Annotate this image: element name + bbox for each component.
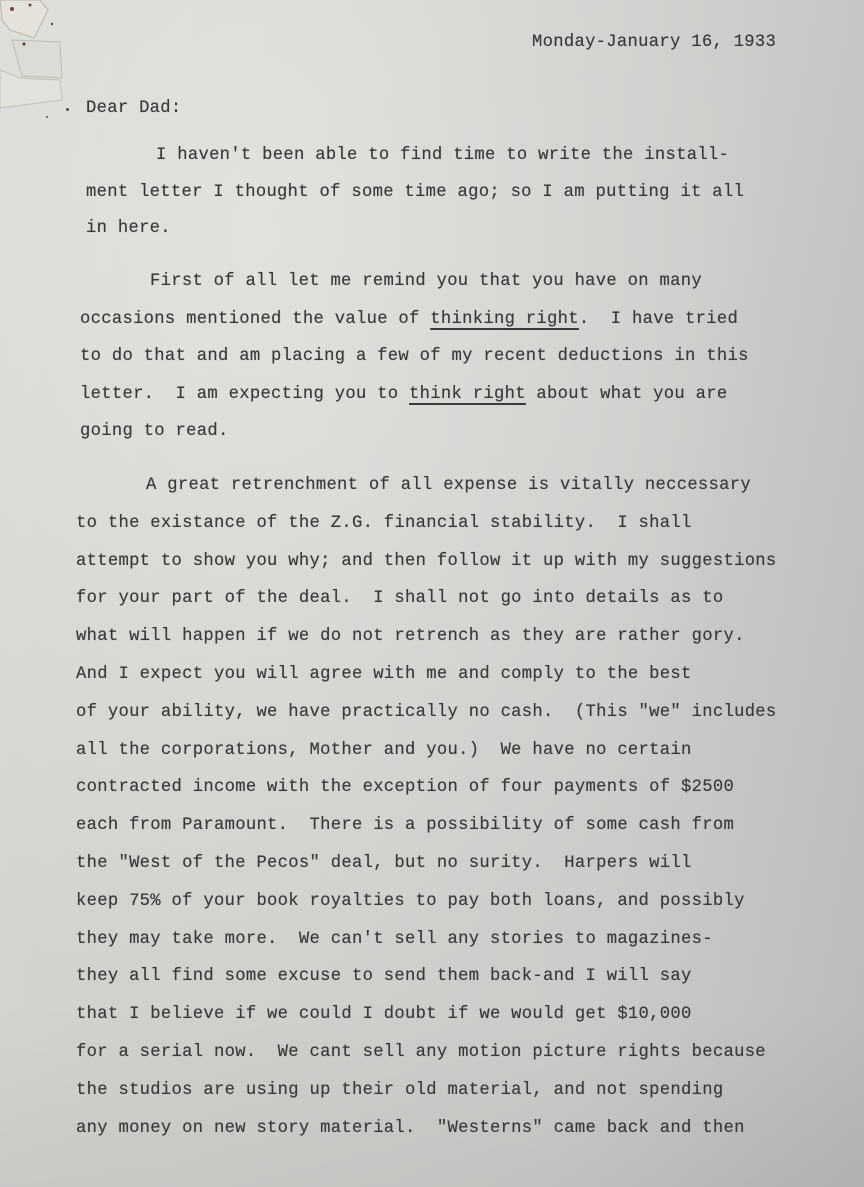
letter-line: ment letter I thought of some time ago; … — [86, 183, 744, 202]
letter-line: I haven't been able to find time to writ… — [156, 146, 729, 165]
letter-line: they all find some excuse to send them b… — [76, 967, 692, 986]
letter-line: First of all let me remind you that you … — [150, 272, 702, 291]
letter-line: letter. I am expecting you to think righ… — [80, 385, 727, 404]
letter-line: occasions mentioned the value of thinkin… — [80, 310, 738, 329]
letter-line: the "West of the Pecos" deal, but no sur… — [76, 854, 692, 873]
letter-line: for your part of the deal. I shall not g… — [76, 589, 723, 608]
letter-line: each from Paramount. There is a possibil… — [76, 816, 734, 835]
underlined-phrase: think right — [409, 385, 526, 404]
letter-line: of your ability, we have practically no … — [76, 703, 777, 722]
letter-salutation: Dear Dad: — [86, 99, 182, 118]
ink-speck — [66, 108, 69, 111]
torn-corner-tape — [0, 0, 64, 110]
letter-line: to do that and am placing a few of my re… — [80, 347, 749, 366]
letter-line: going to read. — [80, 422, 229, 441]
letter-line: they may take more. We can't sell any st… — [76, 930, 713, 949]
letter-page: Monday-January 16, 1933 Dear Dad: I have… — [0, 0, 864, 1187]
letter-line: A great retrenchment of all expense is v… — [146, 476, 751, 495]
letter-line: attempt to show you why; and then follow… — [76, 552, 777, 571]
letter-line: in here. — [86, 219, 171, 238]
letter-line: for a serial now. We cant sell any motio… — [76, 1043, 766, 1062]
letter-line: any money on new story material. "Wester… — [76, 1119, 745, 1138]
ink-speck — [46, 116, 48, 118]
letter-date: Monday-January 16, 1933 — [532, 33, 776, 52]
letter-line: that I believe if we could I doubt if we… — [76, 1005, 692, 1024]
letter-line: what will happen if we do not retrench a… — [76, 627, 745, 646]
letter-line: keep 75% of your book royalties to pay b… — [76, 892, 745, 911]
letter-line: to the existance of the Z.G. financial s… — [76, 514, 692, 533]
letter-line: And I expect you will agree with me and … — [76, 665, 692, 684]
letter-line: the studios are using up their old mater… — [76, 1081, 723, 1100]
letter-line: contracted income with the exception of … — [76, 778, 734, 797]
underlined-phrase: thinking right — [430, 310, 579, 329]
letter-line: all the corporations, Mother and you.) W… — [76, 741, 692, 760]
